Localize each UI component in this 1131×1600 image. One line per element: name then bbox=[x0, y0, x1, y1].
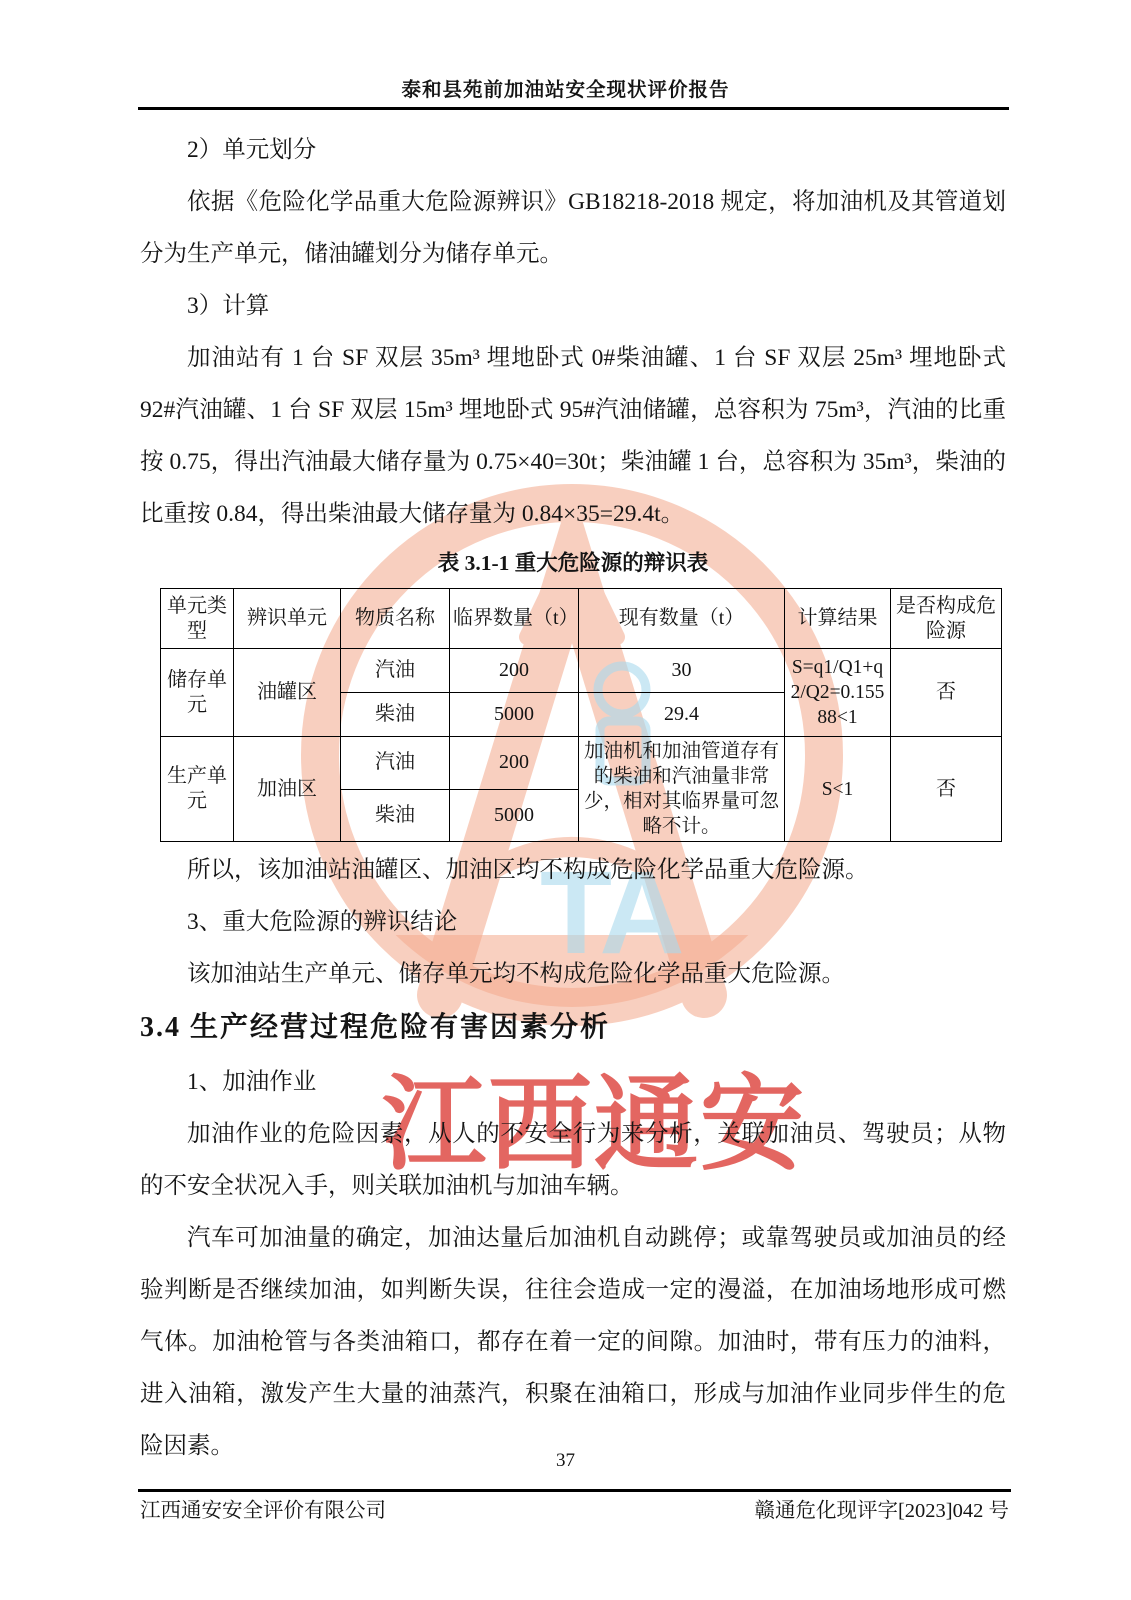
cell-storage-calc-result: S=q1/Q1+q2/Q2=0.15588<1 bbox=[785, 649, 891, 737]
paragraph-refueling-body-1: 加油作业的危险因素，从人的不安全行为来分析，关联加油员、驾驶员；从物的不安全状况… bbox=[140, 1108, 1006, 1212]
cell-production-existing-note: 加油机和加油管道存有的柴油和汽油量非常少，相对其临界量可忽略不计。 bbox=[579, 737, 785, 842]
cell-material: 汽油 bbox=[341, 737, 450, 790]
paragraph-refueling-label: 1、加油作业 bbox=[140, 1056, 1006, 1108]
table-row-production-gasoline: 生产单元 加油区 汽油 200 加油机和加油管道存有的柴油和汽油量非常少，相对其… bbox=[161, 737, 1002, 790]
col-header-calc-result: 计算结果 bbox=[785, 589, 891, 649]
col-header-identified-unit: 辨识单元 bbox=[234, 589, 341, 649]
paragraph-calculation-body: 加油站有 1 台 SF 双层 35m³ 埋地卧式 0#柴油罐、1 台 SF 双层… bbox=[140, 332, 1006, 540]
section-heading-3-4: 3.4 生产经营过程危险有害因素分析 bbox=[140, 1000, 1006, 1056]
col-header-is-hazard: 是否构成危险源 bbox=[891, 589, 1002, 649]
paragraph-table-conclusion: 所以，该加油站油罐区、加油区均不构成危险化学品重大危险源。 bbox=[140, 844, 1006, 896]
cell-production-unit-name: 加油区 bbox=[234, 737, 341, 842]
table-title: 表 3.1-1 重大危险源的辩识表 bbox=[140, 540, 1006, 586]
cell-storage-hazard: 否 bbox=[891, 649, 1002, 737]
footer-rule bbox=[138, 1489, 1011, 1492]
document-body: 2）单元划分 依据《危险化学品重大危险源辨识》GB18218-2018 规定，将… bbox=[140, 124, 1006, 1472]
cell-critical-qty: 5000 bbox=[450, 693, 579, 737]
cell-existing-qty: 29.4 bbox=[579, 693, 785, 737]
paragraph-refueling-body-2: 汽车可加油量的确定，加油达量后加油机自动跳停；或靠驾驶员或加油员的经验判断是否继… bbox=[140, 1212, 1006, 1472]
document-page: TA 江西通安 泰和县苑前加油站安全现状评价报告 2）单元划分 依据《危险化学品… bbox=[0, 0, 1131, 1600]
paragraph-unit-division-label: 2）单元划分 bbox=[140, 124, 1006, 176]
header-rule bbox=[138, 107, 1009, 110]
cell-production-unit-type: 生产单元 bbox=[161, 737, 234, 842]
cell-material: 柴油 bbox=[341, 789, 450, 842]
page-number: 37 bbox=[0, 1450, 1131, 1472]
page-footer: 江西通安安全评价有限公司 赣通危化现评字[2023]042 号 bbox=[140, 1496, 1009, 1526]
page-header-title: 泰和县苑前加油站安全现状评价报告 bbox=[0, 74, 1131, 102]
paragraph-calculation-label: 3）计算 bbox=[140, 280, 1006, 332]
cell-critical-qty: 200 bbox=[450, 737, 579, 790]
footer-company-name: 江西通安安全评价有限公司 bbox=[140, 1496, 386, 1526]
cell-material: 柴油 bbox=[341, 693, 450, 737]
cell-critical-qty: 200 bbox=[450, 649, 579, 693]
cell-critical-qty: 5000 bbox=[450, 789, 579, 842]
cell-production-calc-result: S<1 bbox=[785, 737, 891, 842]
cell-production-hazard: 否 bbox=[891, 737, 1002, 842]
table-header-row: 单元类型 辨识单元 物质名称 临界数量（t） 现有数量（t） 计算结果 是否构成… bbox=[161, 589, 1002, 649]
paragraph-unit-division-body: 依据《危险化学品重大危险源辨识》GB18218-2018 规定，将加油机及其管道… bbox=[140, 176, 1006, 280]
cell-material: 汽油 bbox=[341, 649, 450, 693]
cell-storage-unit-name: 油罐区 bbox=[234, 649, 341, 737]
content-layer: 泰和县苑前加油站安全现状评价报告 2）单元划分 依据《危险化学品重大危险源辨识》… bbox=[0, 0, 1131, 1600]
cell-existing-qty: 30 bbox=[579, 649, 785, 693]
col-header-unit-type: 单元类型 bbox=[161, 589, 234, 649]
col-header-material-name: 物质名称 bbox=[341, 589, 450, 649]
col-header-existing-qty: 现有数量（t） bbox=[579, 589, 785, 649]
cell-storage-unit-type: 储存单元 bbox=[161, 649, 234, 737]
paragraph-identification-conclusion-label: 3、重大危险源的辨识结论 bbox=[140, 896, 1006, 948]
col-header-critical-qty: 临界数量（t） bbox=[450, 589, 579, 649]
hazard-identification-table: 单元类型 辨识单元 物质名称 临界数量（t） 现有数量（t） 计算结果 是否构成… bbox=[160, 588, 1002, 842]
table-row-storage-gasoline: 储存单元 油罐区 汽油 200 30 S=q1/Q1+q2/Q2=0.15588… bbox=[161, 649, 1002, 693]
paragraph-identification-conclusion-body: 该加油站生产单元、储存单元均不构成危险化学品重大危险源。 bbox=[140, 948, 1006, 1000]
footer-doc-number: 赣通危化现评字[2023]042 号 bbox=[754, 1496, 1009, 1526]
